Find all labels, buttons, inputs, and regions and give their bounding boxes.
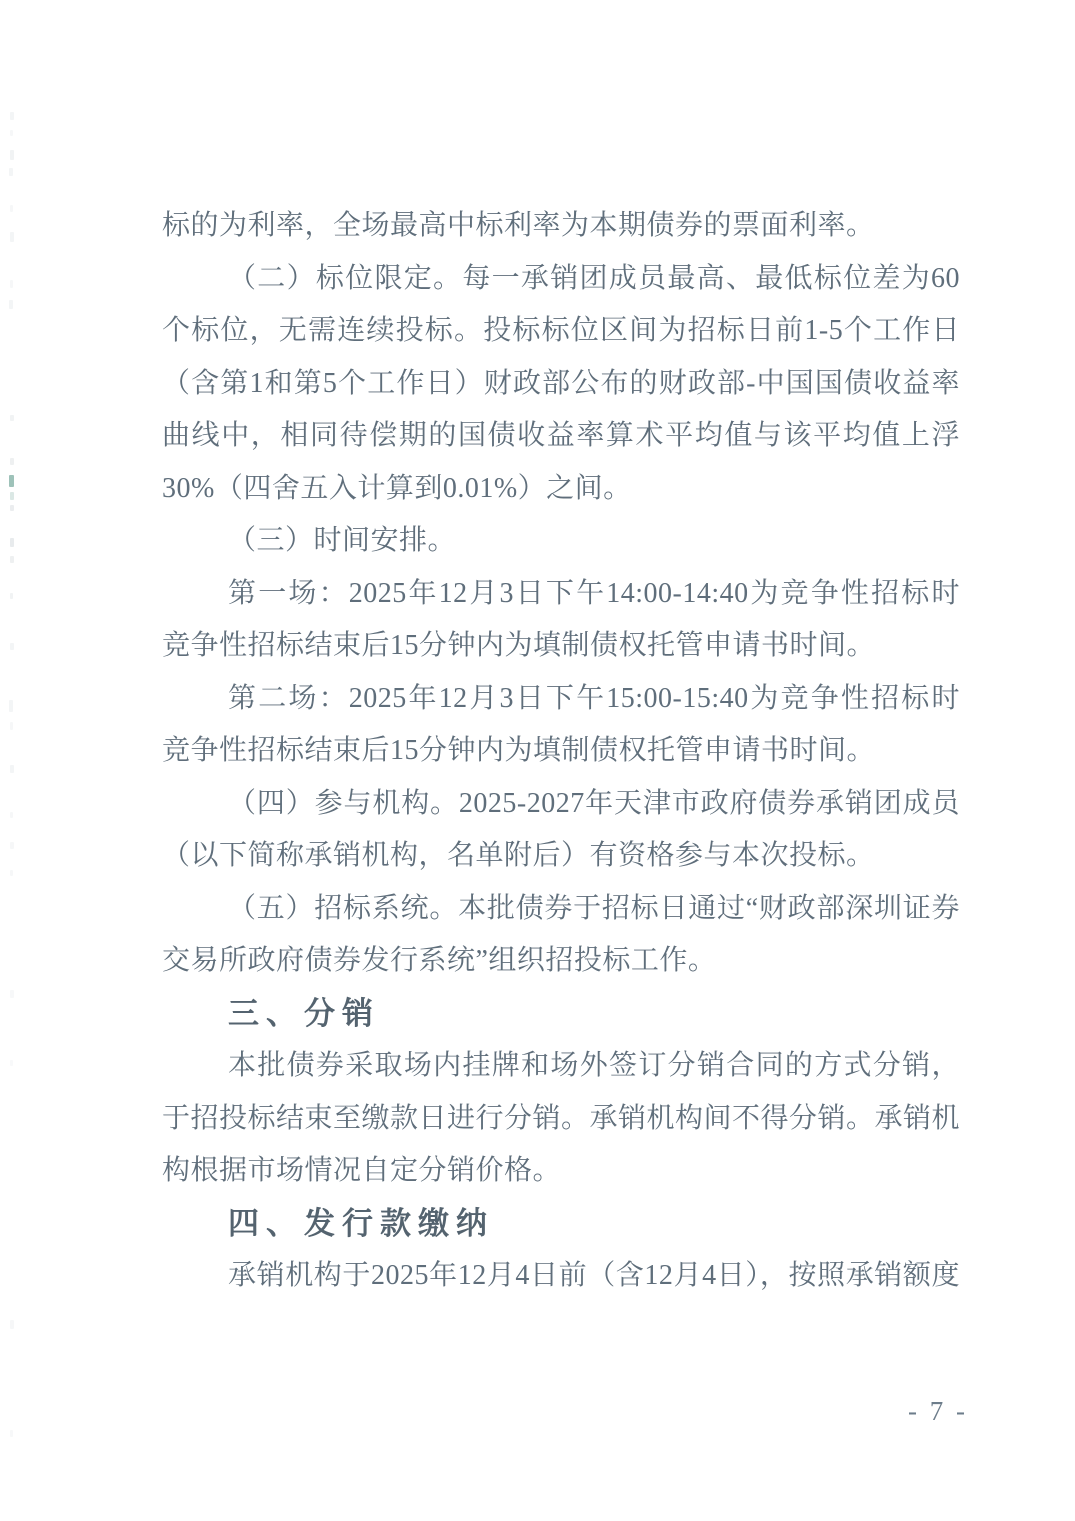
body-text-line: 曲线中，相同待偿期的国债收益率算术平均值与该平均值上浮 xyxy=(162,410,960,463)
body-text-line: （二）标位限定。每一承销团成员最高、最低标位差为60 xyxy=(162,253,960,306)
body-text-line: 30%（四舍五入计算到0.01%）之间。 xyxy=(162,463,960,516)
scan-artifact-mark xyxy=(10,492,14,500)
body-text-line: （以下简称承销机构，名单附后）有资格参与本次投标。 xyxy=(162,830,960,883)
scan-artifact-mark xyxy=(9,300,13,309)
scan-artifact-mark xyxy=(10,130,13,136)
scanned-document-page: 标的为利率，全场最高中标利率为本期债券的票面利率。（二）标位限定。每一承销团成员… xyxy=(0,0,1075,1521)
scan-artifact-mark xyxy=(9,700,13,712)
body-text-line: （三）时间安排。 xyxy=(162,515,960,568)
scan-artifact-mark xyxy=(10,150,14,160)
scan-artifact-mark xyxy=(9,475,14,487)
scan-artifact-mark xyxy=(10,505,14,511)
scan-artifact-mark xyxy=(10,280,13,288)
body-text-line: 第二场：2025年12月3日下午15:00-15:40为竞争性招标时间， xyxy=(162,673,960,726)
scan-artifact-mark xyxy=(10,538,14,547)
scan-artifact-mark xyxy=(10,1060,13,1066)
body-text-line: 本批债券采取场内挂牌和场外签订分销合同的方式分销，可 xyxy=(162,1040,960,1093)
scan-edge-artifacts xyxy=(0,0,20,1521)
body-text-line: 于招投标结束至缴款日进行分销。承销机构间不得分销。承销机 xyxy=(162,1093,960,1146)
scan-artifact-mark xyxy=(10,415,14,421)
section-heading: 四、发行款缴纳 xyxy=(162,1198,960,1251)
body-text-line: （含第1和第5个工作日）财政部公布的财政部-中国国债收益率 xyxy=(162,358,960,411)
body-text-line: （四）参与机构。2025-2027年天津市政府债券承销团成员 xyxy=(162,778,960,831)
scan-artifact-mark xyxy=(10,112,14,120)
body-text-line: 承销机构于2025年12月4日前（含12月4日），按照承销额度 xyxy=(162,1250,960,1303)
body-text-line: （五）招标系统。本批债券于招标日通过“财政部深圳证券 xyxy=(162,883,960,936)
scan-artifact-mark xyxy=(10,842,14,849)
scan-artifact-mark xyxy=(9,168,13,176)
scan-artifact-mark xyxy=(10,1320,14,1329)
scan-artifact-mark xyxy=(10,990,14,998)
body-text-line: 竞争性招标结束后15分钟内为填制债权托管申请书时间。 xyxy=(162,725,960,778)
scan-artifact-mark xyxy=(10,205,13,212)
scan-artifact-mark xyxy=(10,1430,13,1437)
body-text-line: 构根据市场情况自定分销价格。 xyxy=(162,1145,960,1198)
page-number: - 7 - xyxy=(908,1396,968,1427)
scan-artifact-mark xyxy=(10,722,13,730)
body-text-line: 标的为利率，全场最高中标利率为本期债券的票面利率。 xyxy=(162,200,960,253)
section-heading: 三、分销 xyxy=(162,988,960,1041)
body-text-line: 竞争性招标结束后15分钟内为填制债权托管申请书时间。 xyxy=(162,620,960,673)
scan-artifact-mark xyxy=(10,870,13,876)
body-text-line: 个标位，无需连续投标。投标标位区间为招标日前1-5个工作日 xyxy=(162,305,960,358)
scan-artifact-mark xyxy=(10,458,14,465)
scan-artifact-mark xyxy=(10,812,13,818)
scan-artifact-mark xyxy=(10,232,14,242)
document-body: 标的为利率，全场最高中标利率为本期债券的票面利率。（二）标位限定。每一承销团成员… xyxy=(162,200,960,1303)
body-text-line: 第一场：2025年12月3日下午14:00-14:40为竞争性招标时间， xyxy=(162,568,960,621)
scan-artifact-mark xyxy=(10,556,14,563)
scan-artifact-mark xyxy=(10,643,14,650)
body-text-line: 交易所政府债券发行系统”组织招投标工作。 xyxy=(162,935,960,988)
scan-artifact-mark xyxy=(10,765,14,773)
scan-artifact-mark xyxy=(10,593,13,599)
